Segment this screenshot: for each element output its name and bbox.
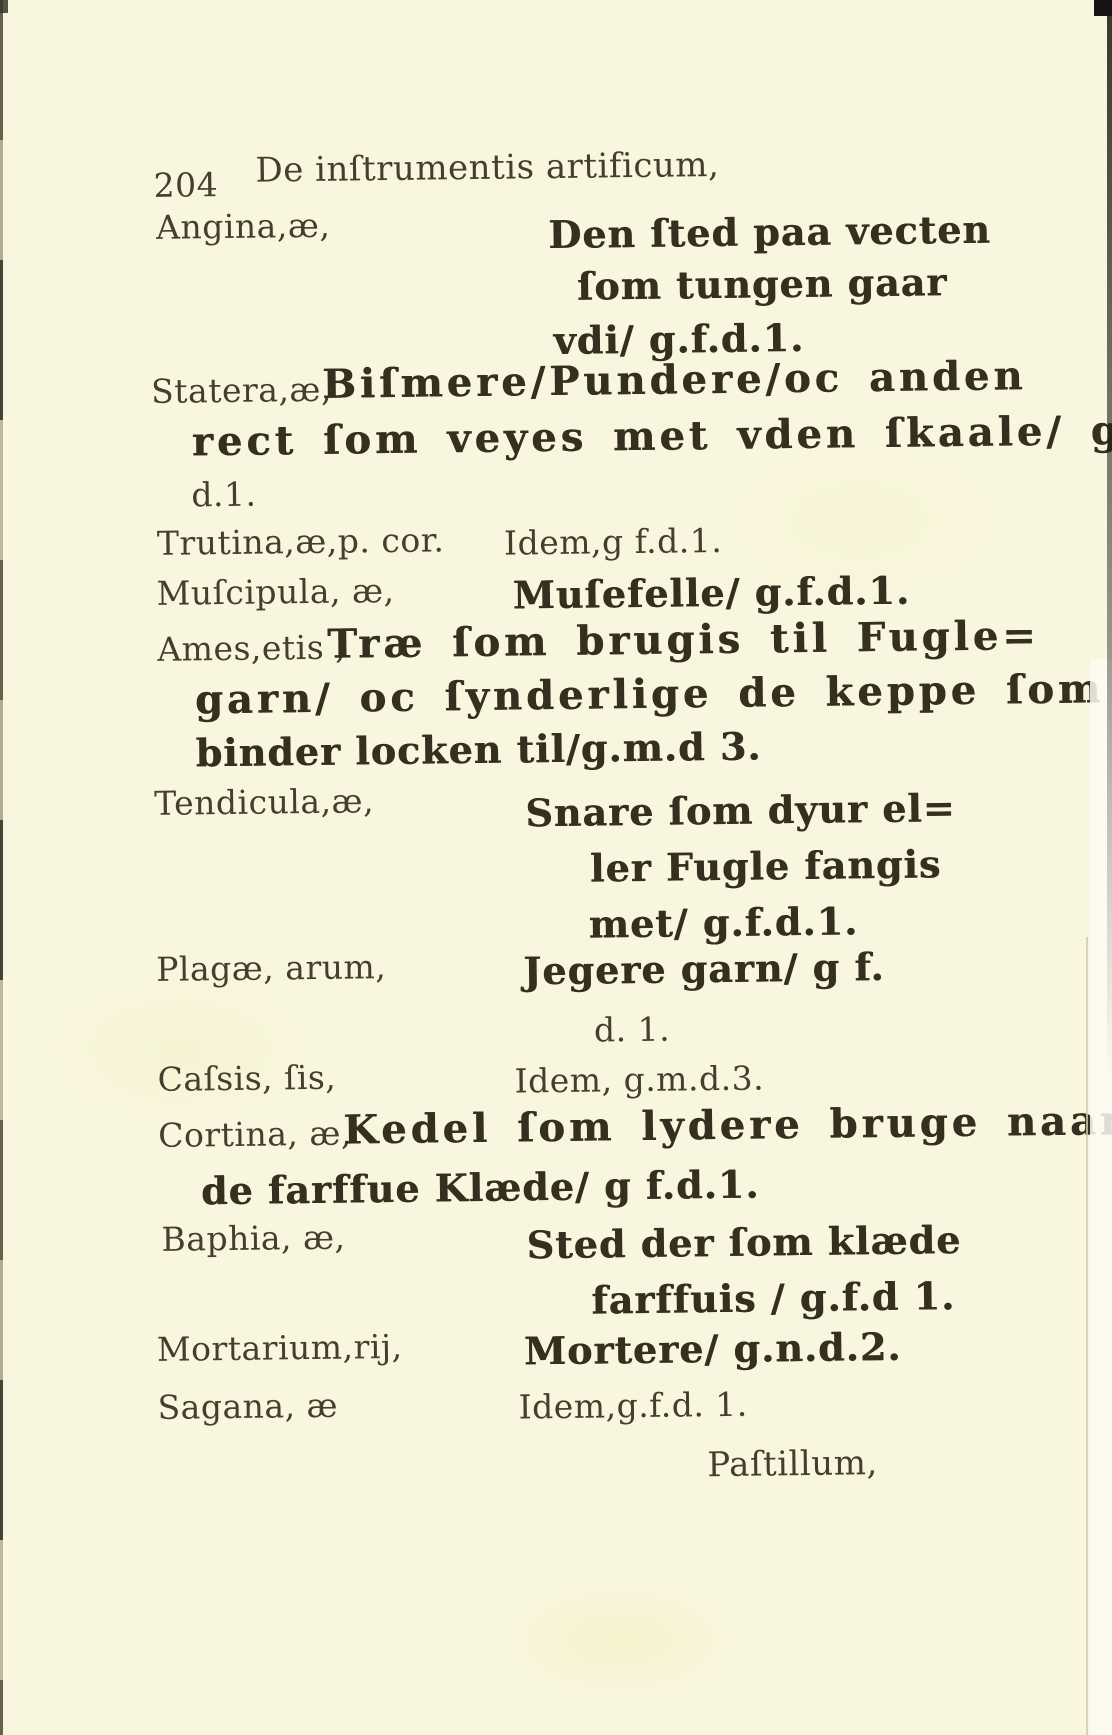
entry-latin-ames: Ames,etis , [157,631,346,666]
cortina-def-line-0: Kedel ſom lydere bruge naar [343,1101,1112,1151]
ames-def-line-0: Træ ſom brugis til Fugle= [327,616,1040,665]
catchword: Paſtillum, [707,1446,878,1482]
angina-def-line-2: vdi/ g.f.d.1. [553,319,804,360]
scanned-book-page: 204 De inſtrumentis artificum, Angina,æ,… [0,0,1112,1735]
mortarium-def-line-0: Mortere/ g.n.d.2. [524,1328,902,1371]
ames-def-line-1: garn/ oc ſynderlige de keppe ſom mād [195,668,1112,721]
entry-latin-statera: Statera,æ, [151,373,332,408]
entry-latin-trutina: Trutina,æ,p. cor. [157,523,445,560]
cortina-def-line-1: de farffue Klæde/ g f.d.1. [201,1166,760,1211]
statera-def-line-0: Biſmere/Pundere/oc anden [322,356,1027,405]
statera-def-line-1: rect ſom veyes met vden ſkaale/ g. f. [192,410,1112,462]
tendicula-def-line-1: ler Fugle fangis [590,845,942,887]
entry-latin-mortarium: Mortarium,rij, [157,1330,403,1366]
entry-latin-baphia: Baphia, æ, [161,1221,345,1256]
entry-latin-angina: Angina,æ, [156,209,331,244]
angina-def-line-0: Den ſted paa vecten [548,211,991,254]
scan-paper-edge-line [1086,937,1088,1735]
entry-latin-tendicula: Tendicula,æ, [154,784,374,820]
entry-latin-muscipula: Muſcipula, æ, [156,574,394,610]
entry-latin-cortina: Cortina, æ, [158,1117,352,1152]
trutina-def-line-0: Idem,g f.d.1. [504,524,723,560]
scan-corner-top-left [0,0,8,13]
page-text-block: 204 De inſtrumentis artificum, Angina,æ,… [0,0,1112,1735]
sagana-def-line-0: Idem,g.f.d. 1. [518,1388,748,1424]
statera-def-line-2: d.1. [191,478,257,512]
scan-edge-left [0,0,3,1735]
entry-latin-cassis: Caſsis, ſis, [157,1061,336,1096]
scan-edge-right [1107,0,1112,1076]
muscipula-def-line-0: Muſefelle/ g.f.d.1. [512,572,910,615]
baphia-def-line-0: Sted der ſom klæde [526,1221,961,1264]
ames-def-line-2: binder locken til/g.m.d 3. [195,727,761,772]
entry-latin-sagana: Sagana, æ [157,1389,338,1424]
tendicula-def-line-0: Snare ſom dyur el= [525,789,956,832]
running-title: De inſtrumentis artificum, [255,148,719,188]
tendicula-def-line-2: met/ g.f.d.1. [588,902,858,943]
plagae-def-line-0: Jegere garn/ g f. [523,948,885,990]
page-number: 204 [153,168,218,202]
baphia-def-line-1: farffuis / g.f.d 1. [591,1277,955,1319]
plagae-def-line-1: d. 1. [594,1013,670,1047]
cassis-def-line-0: Idem, g.m.d.3. [514,1061,764,1097]
scan-corner-top-right [1094,0,1112,16]
angina-def-line-1: ſom tungen gaar [577,263,948,306]
entry-latin-plagae: Plagæ, arum, [156,950,386,986]
